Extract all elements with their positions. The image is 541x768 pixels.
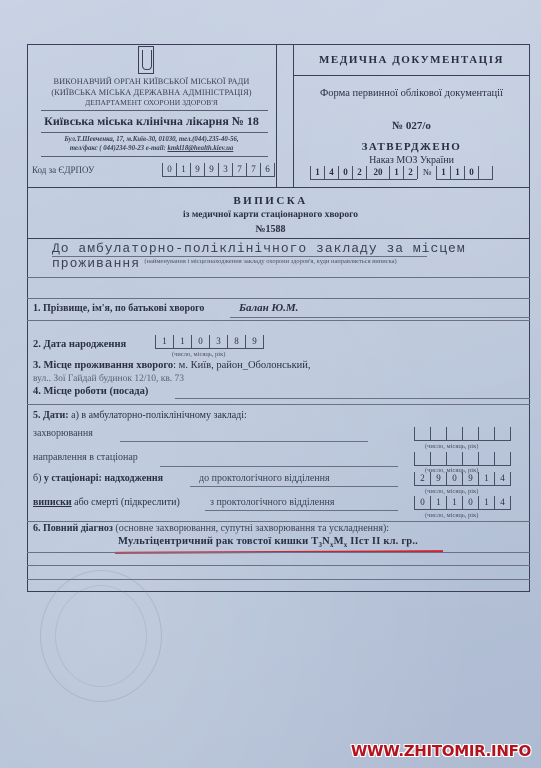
diagnosis-label: 6. Повний діагноз bbox=[33, 523, 113, 534]
digit-cell: 9 bbox=[204, 163, 218, 177]
residence-value[interactable]: : м. Київ, район_Оболонський, bbox=[173, 360, 310, 371]
approved-label: ЗАТВЕРДЖЕНО bbox=[293, 141, 530, 153]
header-left: ВИКОНАВЧИЙ ОРГАН КИЇВСЬКОЇ МІСЬКОЇ РАДИ … bbox=[27, 44, 276, 187]
address-line-2: тел/факс ( 044)234-90-23 e-mail: kmkl18@… bbox=[27, 145, 276, 152]
discharge-label: виписки bbox=[33, 497, 72, 508]
divider bbox=[27, 298, 530, 299]
referral-label: направлення в стаціонар bbox=[33, 452, 138, 463]
dates-label: 5. Дати: bbox=[33, 410, 69, 421]
residence-row: 3. Місце проживання хворого: м. Київ, ра… bbox=[33, 360, 311, 371]
divider bbox=[27, 320, 530, 321]
residence-label: 3. Місце проживання хворого bbox=[33, 360, 173, 371]
diagnosis-suffix: IIст II кл. гр.. bbox=[347, 536, 418, 547]
divider bbox=[27, 238, 530, 239]
digit-cell: 1 bbox=[478, 472, 494, 486]
digit-cell: 4 bbox=[494, 496, 511, 510]
digit-cell: 1 bbox=[389, 166, 403, 180]
digit-cell bbox=[478, 427, 494, 441]
digit-cell bbox=[478, 166, 493, 180]
admission-date-cells[interactable]: 290914 bbox=[414, 472, 511, 486]
digit-cell: 0 bbox=[414, 496, 430, 510]
diagnosis-hint: (основне захворювання, супутні захворюва… bbox=[113, 523, 389, 534]
discharge-row: виписки або смерті (підкреслити) bbox=[33, 497, 180, 508]
digit-cell: 1 bbox=[446, 496, 462, 510]
divider bbox=[41, 110, 268, 111]
coat-of-arms-icon bbox=[138, 46, 154, 74]
digit-cell: 4 bbox=[324, 166, 338, 180]
divider bbox=[41, 132, 268, 133]
digit-cell: 9 bbox=[190, 163, 204, 177]
divider bbox=[293, 75, 530, 76]
underline bbox=[230, 317, 530, 318]
number-sign: № bbox=[417, 166, 436, 179]
digit-cell: 2 bbox=[414, 472, 430, 486]
underline bbox=[52, 256, 427, 257]
digit-cell bbox=[494, 452, 511, 466]
divider bbox=[41, 156, 268, 157]
digit-cell bbox=[430, 452, 446, 466]
patient-name-label: 1. Прізвище, ім'я, по батькові хворого bbox=[33, 303, 204, 314]
diagnosis-value[interactable]: Мультіцентричний рак товстої кишки T3NxM… bbox=[118, 536, 418, 549]
faded-stamp-inner bbox=[55, 585, 147, 687]
divider bbox=[27, 404, 530, 405]
digit-cell: 1 bbox=[155, 335, 173, 349]
digit-cell bbox=[414, 427, 430, 441]
birth-date-cells[interactable]: 110389 bbox=[155, 335, 264, 349]
org-line-3: ДЕПАРТАМЕНТ ОХОРОНИ ЗДОРОВ'Я bbox=[27, 98, 276, 107]
digit-cell: 7 bbox=[232, 163, 246, 177]
digit-cell: 6 bbox=[260, 163, 275, 177]
divider bbox=[276, 44, 277, 187]
ruled-line bbox=[27, 552, 530, 553]
digit-cell: 1 bbox=[173, 335, 191, 349]
workplace-label: 4. Місце роботи (посада) bbox=[33, 386, 148, 397]
document-title: ВИПИСКА bbox=[0, 195, 541, 207]
diagnosis-row: 6. Повний діагноз (основне захворювання,… bbox=[33, 523, 389, 534]
digit-cell bbox=[462, 452, 478, 466]
birth-date-label: 2. Дата народження bbox=[33, 339, 126, 350]
destination-caption: (найменування і місцезнаходження закладу… bbox=[0, 258, 541, 265]
watermark: WWW.ZHITOMIR.INFO bbox=[351, 742, 531, 760]
digit-cell: 2 bbox=[403, 166, 417, 180]
edrpou-label: Код за ЄДРПОУ bbox=[32, 165, 94, 175]
digit-cell: 1 bbox=[478, 496, 494, 510]
digit-cell: 1 bbox=[450, 166, 464, 180]
digit-cell: 0 bbox=[446, 472, 462, 486]
digit-cell: 2 bbox=[352, 166, 366, 180]
admission-row: б) у стаціонарі: надходження bbox=[33, 473, 163, 484]
header-right: МЕДИЧНА ДОКУМЕНТАЦІЯ Форма первинної обл… bbox=[293, 44, 530, 187]
document-number: №1588 bbox=[0, 224, 541, 235]
illness-date-cells[interactable] bbox=[414, 427, 511, 441]
digit-cell: 1 bbox=[176, 163, 190, 177]
admission-prefix: б) bbox=[33, 473, 44, 484]
diagnosis-text: Мультіцентричний рак товстої кишки T bbox=[118, 536, 318, 547]
digit-cell: 7 bbox=[246, 163, 260, 177]
org-line-1: ВИКОНАВЧИЙ ОРГАН КИЇВСЬКОЇ МІСЬКОЇ РАДИ bbox=[27, 77, 276, 86]
digit-cell: 1 bbox=[310, 166, 324, 180]
hospital-name: Київська міська клінічна лікарня № 18 bbox=[27, 114, 276, 129]
divider bbox=[27, 277, 530, 278]
form-label: Форма первинної облікової документації bbox=[293, 88, 530, 99]
digit-cell bbox=[446, 452, 462, 466]
stage-m-label: M bbox=[334, 536, 344, 547]
digit-cell bbox=[478, 452, 494, 466]
digit-cell: 3 bbox=[218, 163, 232, 177]
digit-cell: 0 bbox=[338, 166, 352, 180]
dates-ambulatory: а) в амбулаторно-поліклінічному закладі: bbox=[69, 410, 247, 421]
illness-label: захворювання bbox=[33, 428, 93, 439]
digit-cell: 0 bbox=[464, 166, 478, 180]
residence-address[interactable]: вул.. Зої Гайдай будинок 12/10, кв. 73 bbox=[33, 374, 184, 384]
address-line-1: Бул.Т.Шевченка, 17, м.Київ-30, 01030, те… bbox=[27, 136, 276, 143]
digit-cell: 8 bbox=[227, 335, 245, 349]
divider bbox=[27, 521, 530, 522]
underline bbox=[205, 510, 398, 511]
digit-cell: 1 bbox=[430, 496, 446, 510]
digit-cell: 20 bbox=[366, 166, 389, 180]
digit-cell: 0 bbox=[162, 163, 176, 177]
referral-date-cells[interactable] bbox=[414, 452, 511, 466]
order-date-number: 14022012№110 bbox=[310, 166, 493, 180]
birth-date-caption: (число, місяць, рік) bbox=[172, 351, 225, 358]
discharge-date-cells[interactable]: 011014 bbox=[414, 496, 511, 510]
admission-caption: (число, місяць, рік) bbox=[425, 488, 478, 495]
phone-fax: тел/факс ( 044)234-90-23 e-mail: bbox=[70, 145, 168, 152]
med-doc-title: МЕДИЧНА ДОКУМЕНТАЦІЯ bbox=[293, 54, 530, 66]
discharge-value[interactable]: з проктологічного відділення bbox=[210, 497, 334, 508]
digit-cell bbox=[414, 452, 430, 466]
digit-cell bbox=[430, 427, 446, 441]
dates-row: 5. Дати: а) в амбулаторно-поліклінічному… bbox=[33, 410, 247, 421]
digit-cell: 1 bbox=[436, 166, 450, 180]
divider bbox=[27, 187, 530, 188]
email-link[interactable]: kmkl18@health.kiev.ua bbox=[167, 145, 233, 152]
workplace-input-line[interactable] bbox=[175, 398, 530, 399]
digit-cell: 0 bbox=[462, 496, 478, 510]
digit-cell: 4 bbox=[494, 472, 511, 486]
order-label: Наказ МОЗ України bbox=[293, 155, 530, 166]
document-subtitle: із медичної карти стаціонарного хворого bbox=[0, 210, 541, 220]
digit-cell: 9 bbox=[462, 472, 478, 486]
edrpou-code: 01993776 bbox=[162, 163, 275, 177]
digit-cell bbox=[462, 427, 478, 441]
stage-n-label: N bbox=[322, 536, 330, 547]
admission-value[interactable]: до проктологічного відділення bbox=[199, 473, 330, 484]
underline bbox=[190, 486, 398, 487]
ruled-line bbox=[27, 565, 530, 566]
illness-caption: (число, місяць, рік) bbox=[425, 443, 478, 450]
digit-cell: 3 bbox=[209, 335, 227, 349]
form-number: № 027/о bbox=[293, 120, 530, 132]
digit-cell: 0 bbox=[191, 335, 209, 349]
discharge-caption: (число, місяць, рік) bbox=[425, 512, 478, 519]
digit-cell bbox=[494, 427, 511, 441]
org-line-2: (КИЇВСЬКА МІСЬКА ДЕРЖАВНА АДМІНІСТРАЦІЯ) bbox=[27, 88, 276, 97]
patient-name-value[interactable]: Балан Ю.М. bbox=[239, 302, 298, 314]
digit-cell: 9 bbox=[245, 335, 264, 349]
digit-cell bbox=[446, 427, 462, 441]
digit-cell: 9 bbox=[430, 472, 446, 486]
referral-input-line[interactable] bbox=[160, 466, 398, 467]
illness-input-line[interactable] bbox=[120, 441, 368, 442]
discharge-hint: або смерті (підкреслити) bbox=[72, 497, 180, 508]
admission-label: у стаціонарі: надходження bbox=[44, 473, 163, 484]
